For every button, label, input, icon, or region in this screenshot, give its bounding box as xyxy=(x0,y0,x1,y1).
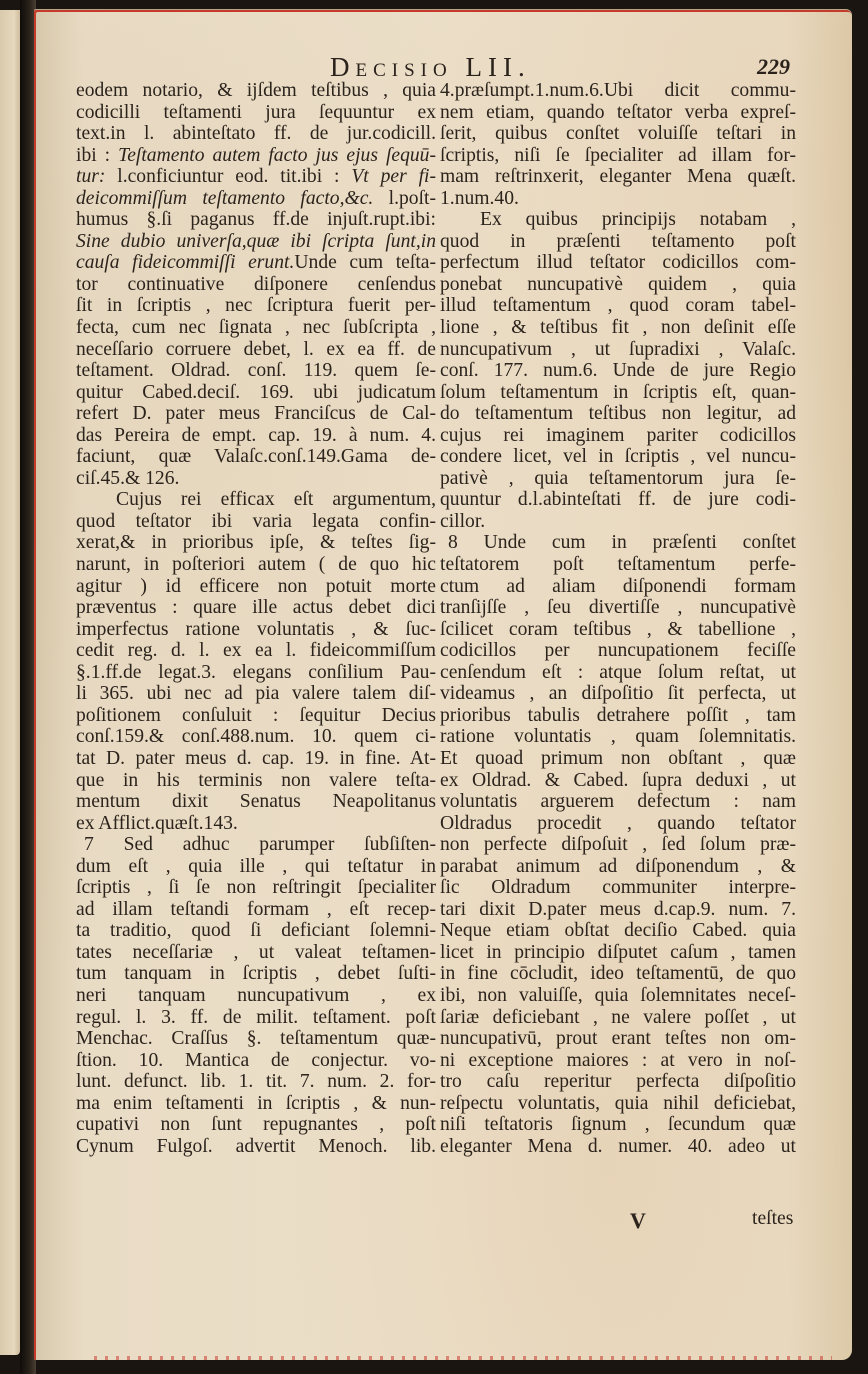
text-line: 7 Sed adhuc parumper ſubſiſten- xyxy=(76,834,436,856)
text-line: tum tanquam in ſcriptis , debet ſuſti- xyxy=(76,963,436,985)
text-line: ſit in ſcriptis , nec ſcriptura fuerit p… xyxy=(76,295,436,317)
text-line: niſi teſtatoris ſignum , ſecundum quæ xyxy=(440,1114,796,1136)
text-line: poſitionem conſuluit : ſequitur Decius xyxy=(76,705,436,727)
text-line: ad illam teſtandi formam , eſt recep- xyxy=(76,899,436,921)
text-line: faciunt, quæ Valaſc.conſ.149.Gama de- xyxy=(76,446,436,468)
text-line: Et quoad primum non obſtant , quæ xyxy=(440,748,796,770)
text-line: teſtament. Oldrad. conſ. 119. quem ſe- xyxy=(76,360,436,382)
text-line: imperfectus ratione voluntatis , & ſuc- xyxy=(76,619,436,641)
text-line: regul. l. 3. ff. de milit. teſtament. po… xyxy=(76,1007,436,1029)
text-line: cenſendum eſt : atque ſolum reſtat, ut xyxy=(440,662,796,684)
book-scan: Decisio LII. 229 eodem notario, & ijſdem… xyxy=(0,0,868,1374)
text-line: pativè , quia teſtamentorum jura ſe- xyxy=(440,468,796,490)
text-line: ponebat nuncupativè quidem , quia xyxy=(440,274,796,296)
text-line: Neque etiam obſtat deciſio Cabed. quia xyxy=(440,920,796,942)
text-line: eleganter Mena d. numer. 40. adeo ut xyxy=(440,1136,796,1158)
text-line: videamus , an diſpoſitio ſit perfecta, u… xyxy=(440,683,796,705)
text-line: ibi, non valuiſſe, quia ſolemnitates nec… xyxy=(440,985,796,1007)
text-line: li 365. ubi nec ad pia valere talem diſ- xyxy=(76,683,436,705)
text-line: ſcriptis, niſi ſe ſpecialiter ad illam f… xyxy=(440,145,796,167)
text-line: licet in principio diſputet caſum , tame… xyxy=(440,942,796,964)
text-line: agitur ) id efficere non potuit morte xyxy=(76,576,436,598)
text-line: quod teſtator ibi varia legata confin- xyxy=(76,511,436,533)
text-line: tari dixit D.pater meus d.cap.9. num. 7. xyxy=(440,899,796,921)
page-number: 229 xyxy=(757,54,790,80)
text-line: ni exceptione maiores : at vero in noſ- xyxy=(440,1050,796,1072)
text-line: neceſſario corruere debet, l. ex ea ff. … xyxy=(76,339,436,361)
text-line: tor continuative diſponere cenſendus xyxy=(76,274,436,296)
text-line: ſtion. 10. Mantica de conjectur. vo- xyxy=(76,1050,436,1072)
text-line: ſcilicet coram teſtibus , & tabellione , xyxy=(440,619,796,641)
text-line: tates neceſſariæ , ut valeat teſtamen- xyxy=(76,942,436,964)
signature-mark: V xyxy=(630,1208,646,1234)
text-line: ma enim teſtamenti in ſcriptis , & nun- xyxy=(76,1093,436,1115)
text-line: Oldradus procedit , quando teſtator xyxy=(440,813,796,835)
text-line: lione , & teſtibus fit , non deſinit eſſ… xyxy=(440,317,796,339)
text-line: condere licet, vel in ſcriptis , vel nun… xyxy=(440,446,796,468)
text-line: non perfecte diſpoſuit , ſed ſolum præ- xyxy=(440,834,796,856)
text-line: reſpectu voluntatis, quia nihil deficieb… xyxy=(440,1093,796,1115)
text-line: que in his terminis non valere teſta- xyxy=(76,770,436,792)
left-text-column: eodem notario, & ijſdem teſtibus , quiac… xyxy=(76,80,436,1157)
text-line: perfectum illud teſtator codicillos com- xyxy=(440,252,796,274)
text-line: parabat animum ad diſponendum , & xyxy=(440,856,796,878)
text-line: mentum dixit Senatus Neapolitanus xyxy=(76,791,436,813)
previous-page-edge xyxy=(0,10,20,1355)
text-line: Ex quibus principijs notabam , xyxy=(440,209,796,231)
text-line: text.in l. abinteſtato ff. de jur.codici… xyxy=(76,123,436,145)
text-line: ta traditio, quod ſi deficiant ſolemni- xyxy=(76,920,436,942)
text-line: §.1.ff.de legat.3. elegans conſilium Pau… xyxy=(76,662,436,684)
text-line: fecta, cum nec ſignata , nec ſubſcripta … xyxy=(76,317,436,339)
text-line: ex Afflict.quæſt.143. xyxy=(76,813,436,835)
text-line: 4.præſumpt.1.num.6.Ubi dicit commu- xyxy=(440,80,796,102)
text-line: nuncupativū, prout erant teſtes non om- xyxy=(440,1028,796,1050)
text-line: xerat,& in prioribus ipſe, & teſtes ſig- xyxy=(76,532,436,554)
text-line: præventus : quare ille actus debet dici xyxy=(76,597,436,619)
text-line: nem etiam, quando teſtator verba expreſ- xyxy=(440,102,796,124)
text-line: das Pereira de empt. cap. 19. à num. 4. xyxy=(76,425,436,447)
text-line: narunt, in poſteriori autem ( de quo hic xyxy=(76,554,436,576)
text-line: eodem notario, & ijſdem teſtibus , quia xyxy=(76,80,436,102)
text-line: ciſ.45.& 126. xyxy=(76,468,436,490)
text-line: ſariæ deficiebant , ne valere poſſet , u… xyxy=(440,1007,796,1029)
text-line: conſ.159.& conſ.488.num. 10. quem ci- xyxy=(76,726,436,748)
text-line: ſerit, quibus conſtet voluiſſe teſtari i… xyxy=(440,123,796,145)
text-line: quod in præſenti teſtamento poſt xyxy=(440,231,796,253)
text-line: ratione voluntatis , quam ſolemnitatis. xyxy=(440,726,796,748)
text-line: cillor. xyxy=(440,511,796,533)
text-line: ibi : Teſtamento autem facto jus ejus ſe… xyxy=(76,145,436,167)
text-line: neri tanquam nuncupativum , ex xyxy=(76,985,436,1007)
text-line: tur: l.conficiuntur eod. tit.ibi : Vt pe… xyxy=(76,166,436,188)
text-line: quuntur d.l.abinteſtati ff. de jure codi… xyxy=(440,489,796,511)
text-line: prioribus tabulis detrahere poſſit , tam xyxy=(440,705,796,727)
text-line: tro caſu reperitur perfecta diſpoſitio xyxy=(440,1071,796,1093)
text-line: cupativi non ſunt repugnantes , poſt xyxy=(76,1114,436,1136)
running-head: Decisio LII. 229 xyxy=(34,50,852,84)
text-line: in fine cōcludit, ideo teſtamentū, de qu… xyxy=(440,963,796,985)
text-line: ctum ad aliam diſponendi formam xyxy=(440,576,796,598)
text-line: cedit reg. d. l. ex ea l. fideicommiſſum xyxy=(76,640,436,662)
text-line: Cynum Fulgoſ. advertit Menoch. lib. xyxy=(76,1136,436,1158)
text-line: ſic Oldradum communiter interpre- xyxy=(440,877,796,899)
text-line: quitur Cabed.deciſ. 169. ubi judicatum xyxy=(76,382,436,404)
text-line: cauſa fideicommiſſi erunt.Unde cum teſta… xyxy=(76,252,436,274)
text-line: Sine dubio univerſa,quæ ibi ſcripta ſunt… xyxy=(76,231,436,253)
text-line: ſcriptis , ſi ſe non reſtringit ſpeciali… xyxy=(76,877,436,899)
text-line: tranſijſſe , ſeu divertiſſe , nuncupativ… xyxy=(440,597,796,619)
right-text-column: 4.præſumpt.1.num.6.Ubi dicit commu-nem e… xyxy=(440,80,796,1157)
text-line: cujus rei imaginem pariter codicillos xyxy=(440,425,796,447)
text-line: tat D. pater meus d. cap. 19. in fine. A… xyxy=(76,748,436,770)
running-head-title: Decisio LII. xyxy=(330,52,531,83)
text-line: conſ. 177. num.6. Unde de jure Regio xyxy=(440,360,796,382)
text-line: codicillos per nuncupationem feciſſe xyxy=(440,640,796,662)
catchword: teſtes xyxy=(752,1208,793,1230)
text-line: ex Oldrad. & Cabed. ſupra deduxi , ut xyxy=(440,770,796,792)
text-line: dum eſt , quia ille , qui teſtatur in xyxy=(76,856,436,878)
text-line: illud teſtamentum , quod coram tabel- xyxy=(440,295,796,317)
text-line: 1.num.40. xyxy=(440,188,796,210)
text-line: 8 Unde cum in præſenti conſtet xyxy=(440,532,796,554)
text-line: Menchac. Craſſus §. teſtamentum quæ- xyxy=(76,1028,436,1050)
text-line: nuncupativum , ut ſupradixi , Valaſc. xyxy=(440,339,796,361)
text-line: humus §.ſi paganus ff.de injuſt.rupt.ibi… xyxy=(76,209,436,231)
text-line: deicommiſſum teſtamento facto,&c. l.poſt… xyxy=(76,188,436,210)
text-line: ſolum teſtamentum in ſcriptis eſt, quan- xyxy=(440,382,796,404)
text-line: refert D. pater meus Franciſcus de Cal- xyxy=(76,403,436,425)
text-line: teſtatorem poſt teſtamentum perfe- xyxy=(440,554,796,576)
text-line: do teſtamentum teſtibus non legitur, ad xyxy=(440,403,796,425)
text-line: Cujus rei efficax eſt argumentum, xyxy=(76,489,436,511)
text-line: mam reſtrinxerit, eleganter Mena quæſt. xyxy=(440,166,796,188)
text-line: lunt. defunct. lib. 1. tit. 7. num. 2. f… xyxy=(76,1071,436,1093)
text-line: voluntatis arguerem defectum : nam xyxy=(440,791,796,813)
text-line: codicilli teſtamenti jura ſequuntur ex xyxy=(76,102,436,124)
